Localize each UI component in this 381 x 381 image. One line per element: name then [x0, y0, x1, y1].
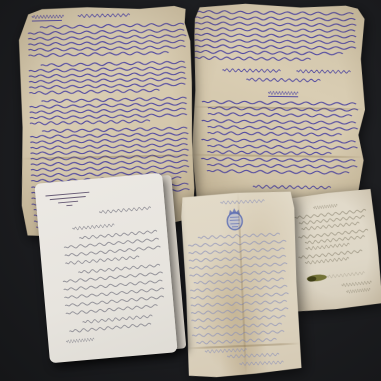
age-toning [191, 2, 367, 215]
salutation-line [72, 224, 114, 231]
paper-surface [191, 2, 367, 215]
crested-letter [180, 190, 302, 379]
closing-line [227, 353, 279, 358]
closing-line [66, 338, 94, 343]
handwriting-lines [55, 206, 168, 343]
photo-of-letters [0, 0, 381, 381]
paper-surface [284, 188, 381, 314]
age-toning [284, 188, 381, 314]
letter-bifolium-right-page [191, 2, 367, 215]
small-note [284, 188, 381, 314]
heading-line [220, 199, 264, 204]
white-folded-letter [34, 173, 177, 363]
handwriting-white-letter [34, 173, 177, 363]
paper-surface [180, 190, 302, 379]
date-line [99, 206, 151, 214]
printed-letterhead [45, 192, 90, 207]
